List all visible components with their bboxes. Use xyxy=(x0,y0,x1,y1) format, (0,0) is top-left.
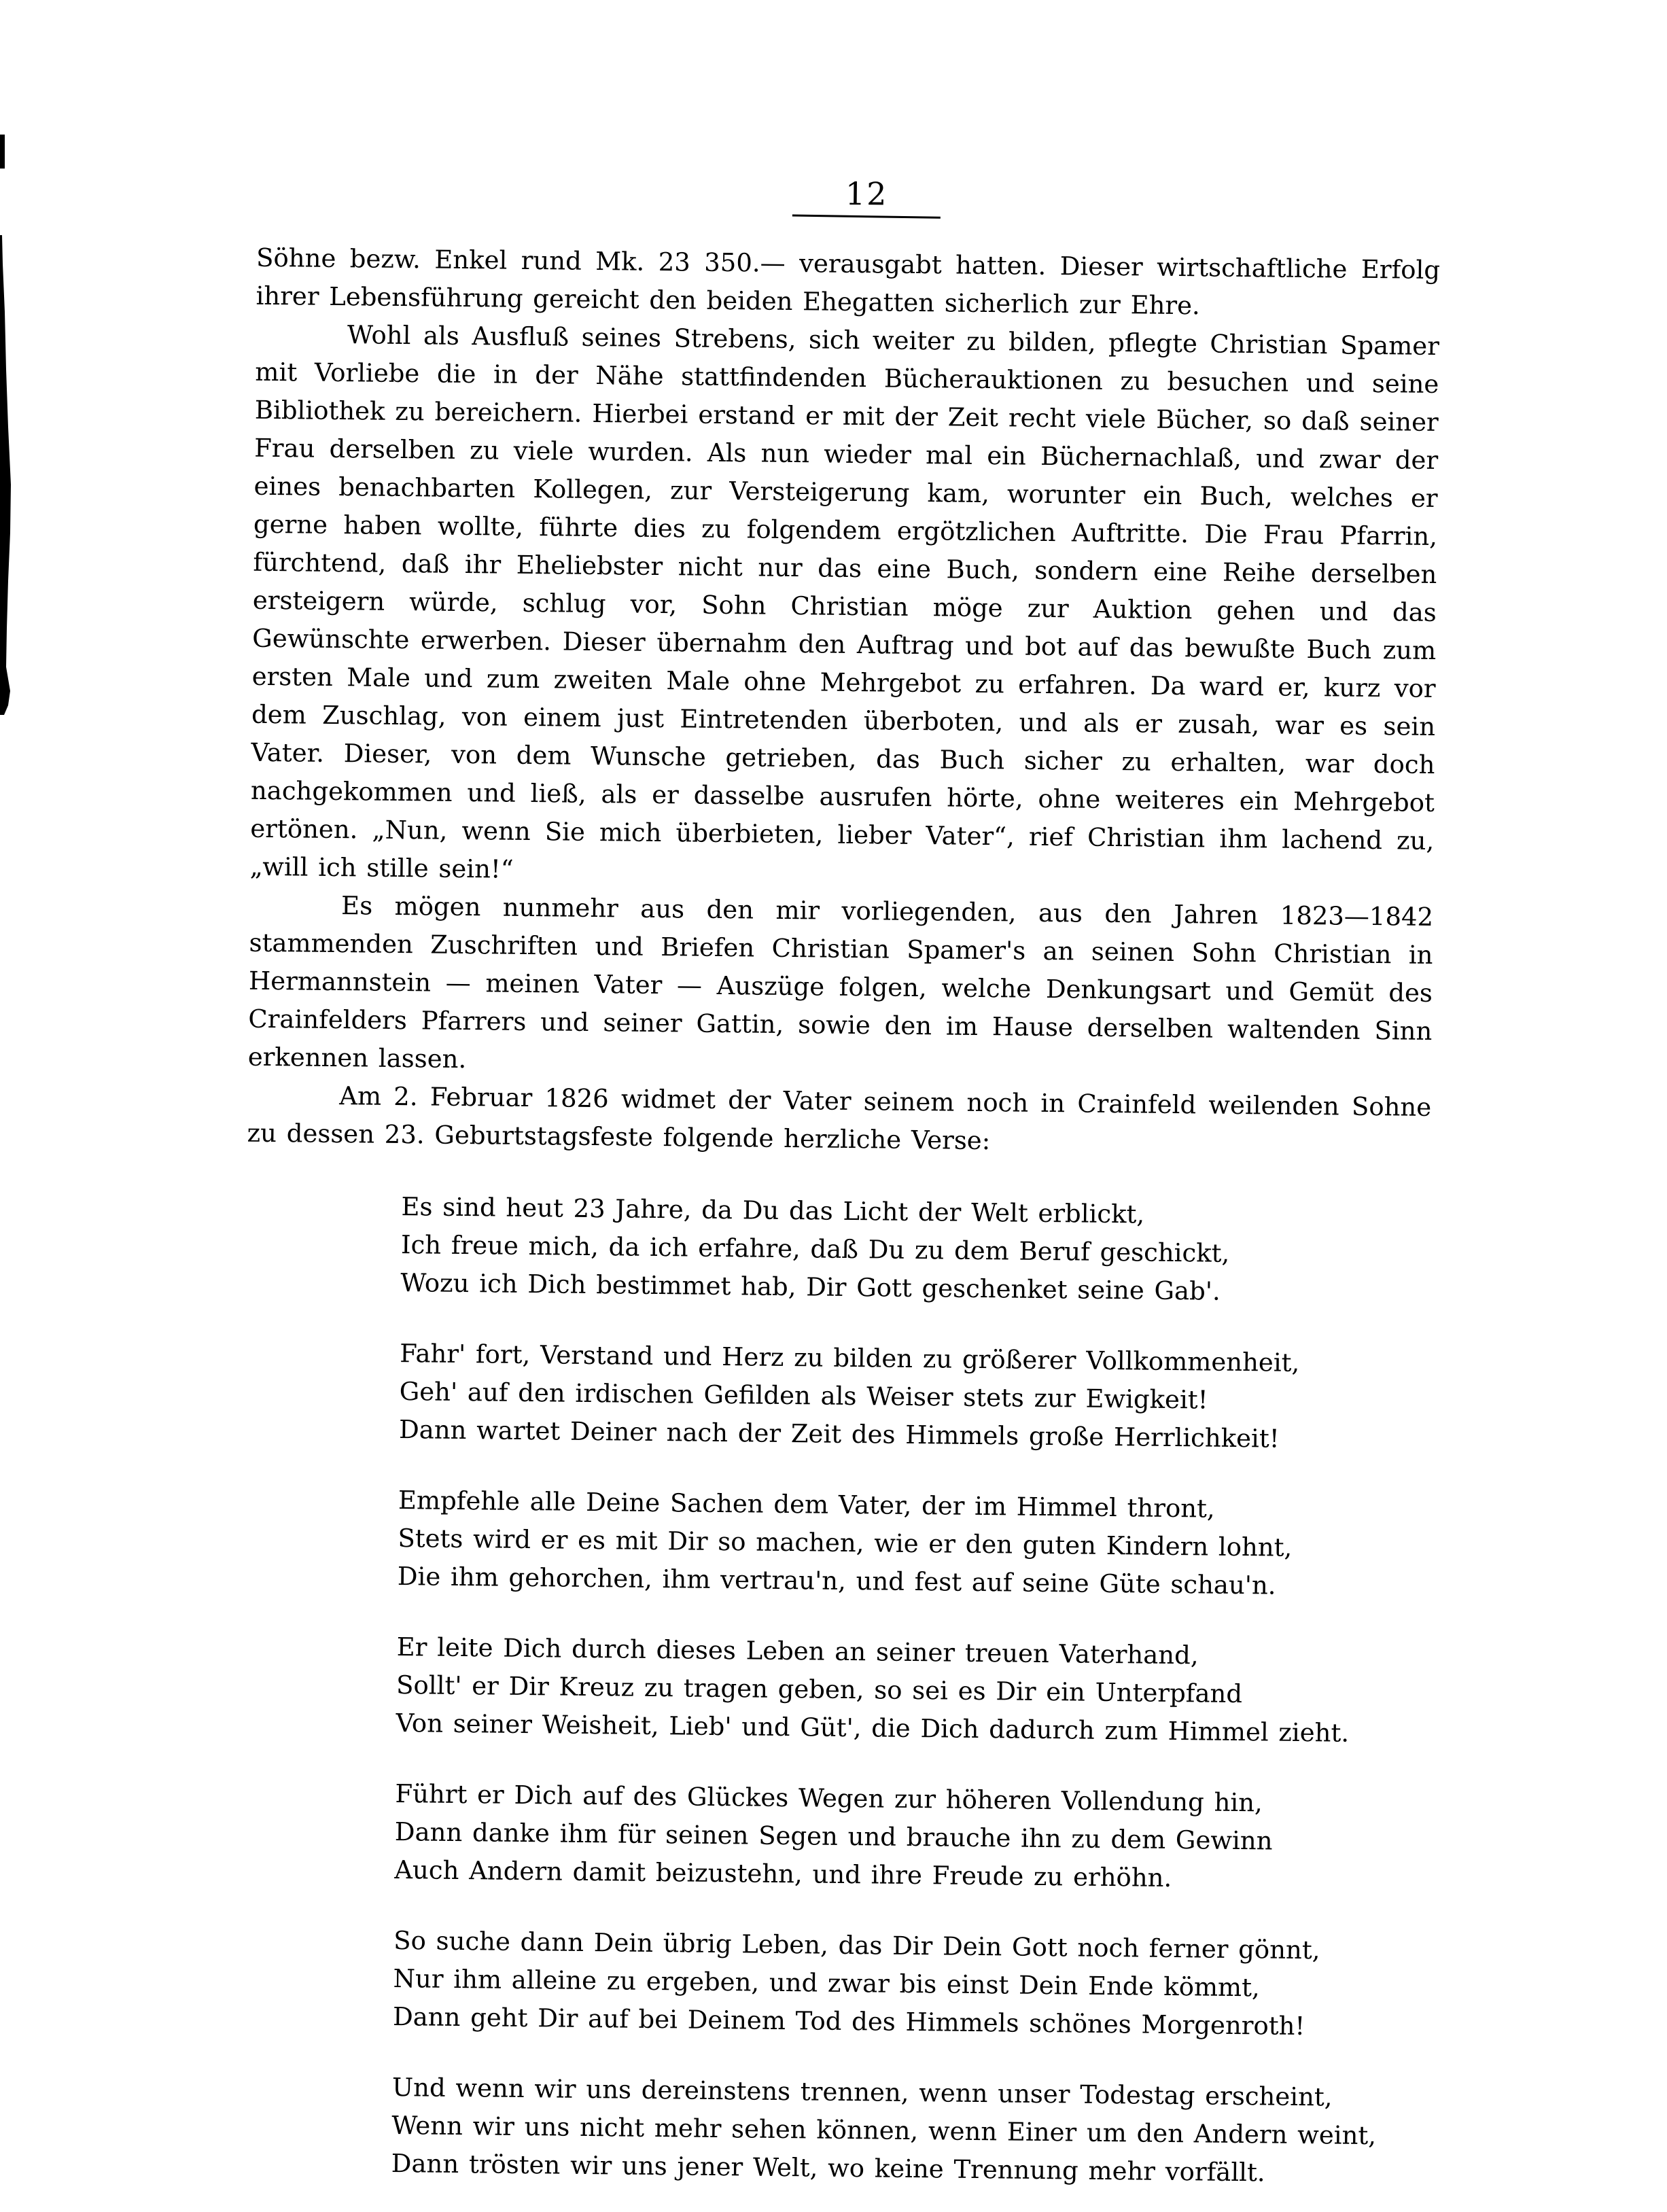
body-text: Söhne bezw. Enkel rund Mk. 23 350.— vera… xyxy=(236,239,1441,2194)
binding-mark-top xyxy=(0,135,5,169)
page-header: 12 xyxy=(782,177,952,219)
binding-mark-strip xyxy=(0,235,12,715)
poem-stanza: Führt er Dich auf des Glückes Wegen zur … xyxy=(394,1775,1424,1900)
paragraph: Am 2. Februar 1826 widmet der Vater sein… xyxy=(247,1076,1431,1165)
paragraph: Söhne bezw. Enkel rund Mk. 23 350.— vera… xyxy=(256,239,1440,328)
poem-stanza: Es sind heut 23 Jahre, da Du das Licht d… xyxy=(400,1188,1431,1313)
paragraph: Es mögen nunmehr aus den mir vorliegende… xyxy=(248,886,1434,1089)
poem-stanza: Und wenn wir uns dereinstens trennen, we… xyxy=(391,2069,1422,2194)
poem-stanza: Empfehle alle Deine Sachen dem Vater, de… xyxy=(398,1481,1428,1607)
poem-stanza: Fahr' fort, Verstand und Herz zu bilden … xyxy=(399,1335,1429,1460)
page-number-rule xyxy=(792,215,941,219)
birthday-poem: Es sind heut 23 Jahre, da Du das Licht d… xyxy=(391,1188,1431,2194)
poem-stanza: So suche dann Dein übrig Leben, das Dir … xyxy=(393,1922,1423,2047)
poem-stanza: Er leite Dich durch dieses Leben an sein… xyxy=(396,1628,1426,1753)
page-number: 12 xyxy=(782,177,951,211)
paragraph: Wohl als Ausfluß seines Strebens, sich w… xyxy=(249,315,1439,898)
scanned-book-page: 12 Söhne bezw. Enkel rund Mk. 23 350.— v… xyxy=(0,0,1667,2212)
page-content: 12 Söhne bezw. Enkel rund Mk. 23 350.— v… xyxy=(2,0,1667,15)
